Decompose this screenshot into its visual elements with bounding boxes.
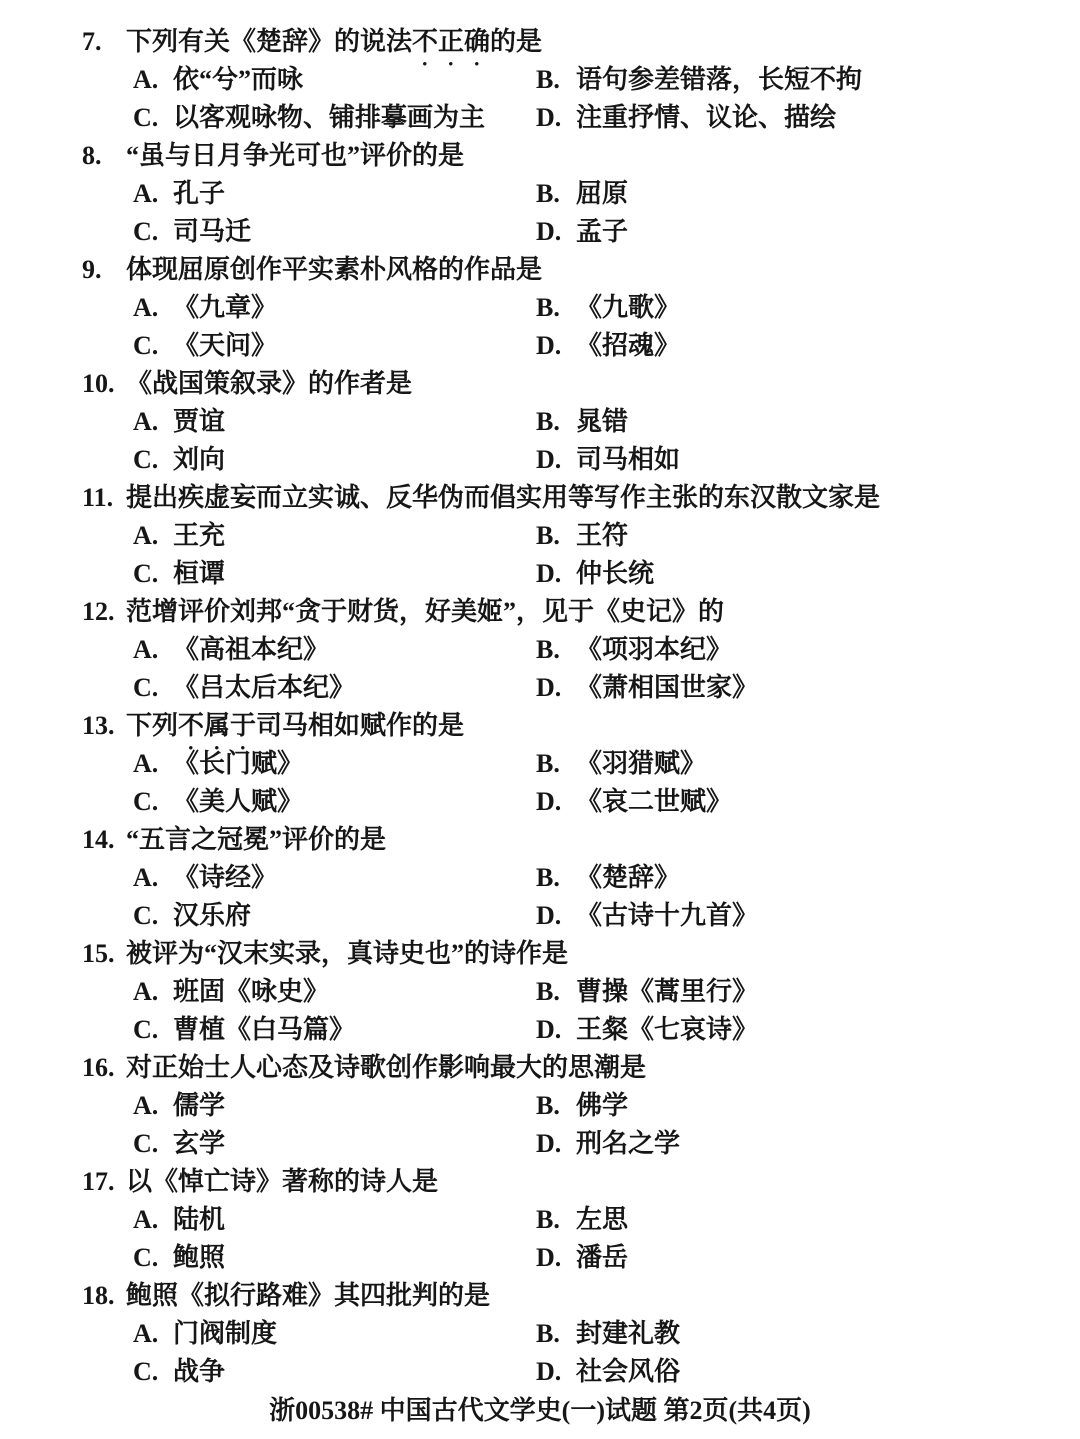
question-stem-text: 《战国策叙录》的作者是 — [126, 369, 412, 398]
option-text: 《高祖本纪》 — [173, 635, 329, 664]
question-stem: 14.“五言之冠冕”评价的是 — [0, 821, 1080, 859]
option-c: C.桓谭 — [133, 555, 536, 593]
option-a: A.依“兮”而咏 — [133, 61, 536, 99]
question-stem-text: “五言之冠冕”评价的是 — [126, 825, 386, 854]
option-text: 《长门赋》 — [173, 749, 303, 778]
stem-segment: 《战国策叙录》的作者是 — [126, 369, 412, 398]
option-label: B. — [536, 973, 576, 1011]
option-text: 《诗经》 — [173, 863, 277, 892]
option-label: A. — [133, 859, 173, 897]
question-number: 13. — [82, 707, 126, 745]
option-label: D. — [536, 1239, 576, 1277]
option-text: 曹操《蒿里行》 — [576, 977, 758, 1006]
option-b: B.左思 — [536, 1201, 1080, 1239]
option-text: 王粲《七哀诗》 — [576, 1015, 758, 1044]
option-text: 《古诗十九首》 — [576, 901, 758, 930]
option-d: D.社会风俗 — [536, 1353, 1080, 1391]
option-text: 《萧相国世家》 — [576, 673, 758, 702]
option-text: 左思 — [576, 1205, 628, 1234]
option-d: D.《萧相国世家》 — [536, 669, 1080, 707]
question-number: 7. — [82, 23, 126, 61]
option-label: C. — [133, 669, 173, 707]
option-text: 陆机 — [173, 1205, 225, 1234]
stem-segment: 对正始士人心态及诗歌创作影响最大的思潮是 — [126, 1053, 646, 1082]
option-text: 《项羽本纪》 — [576, 635, 732, 664]
option-a: A.孔子 — [133, 175, 536, 213]
option-a: A.王充 — [133, 517, 536, 555]
question: 12.范增评价刘邦“贪于财货，好美姬”，见于《史记》的 A.《高祖本纪》B.《项… — [0, 593, 1080, 707]
option-label: C. — [133, 213, 173, 251]
option-label: C. — [133, 555, 173, 593]
question: 17.以《悼亡诗》著称的诗人是 A.陆机B.左思C.鲍照D.潘岳 — [0, 1163, 1080, 1277]
option-label: A. — [133, 1315, 173, 1353]
option-a: A.《高祖本纪》 — [133, 631, 536, 669]
question-options: A.《高祖本纪》B.《项羽本纪》C.《吕太后本纪》D.《萧相国世家》 — [133, 631, 1080, 707]
question-options: A.孔子B.屈原C.司马迁D.孟子 — [133, 175, 1080, 251]
option-c: C.曹植《白马篇》 — [133, 1011, 536, 1049]
option-text: 以客观咏物、铺排摹画为主 — [173, 103, 485, 132]
question: 13.下列不属于司马相如赋作的是 A.《长门赋》B.《羽猎赋》C.《美人赋》D.… — [0, 707, 1080, 821]
option-label: A. — [133, 973, 173, 1011]
option-d: D.潘岳 — [536, 1239, 1080, 1277]
question: 8.“虽与日月争光可也”评价的是 A.孔子B.屈原C.司马迁D.孟子 — [0, 137, 1080, 251]
question-number: 16. — [82, 1049, 126, 1087]
option-d: D.《古诗十九首》 — [536, 897, 1080, 935]
option-a: A.儒学 — [133, 1087, 536, 1125]
question-stem: 7.下列有关《楚辞》的说法不正确的是 — [0, 23, 1080, 61]
question-stem: 8.“虽与日月争光可也”评价的是 — [0, 137, 1080, 175]
option-label: B. — [536, 403, 576, 441]
option-text: 《羽猎赋》 — [576, 749, 706, 778]
question: 10.《战国策叙录》的作者是 A.贾谊B.晁错C.刘向D.司马相如 — [0, 365, 1080, 479]
option-a: A.陆机 — [133, 1201, 536, 1239]
option-text: 《九章》 — [173, 293, 277, 322]
question: 7.下列有关《楚辞》的说法不正确的是 A.依“兮”而咏B.语句参差错落，长短不拘… — [0, 23, 1080, 137]
option-d: D.刑名之学 — [536, 1125, 1080, 1163]
option-text: 《楚辞》 — [576, 863, 680, 892]
option-b: B.佛学 — [536, 1087, 1080, 1125]
option-b: B.封建礼教 — [536, 1315, 1080, 1353]
question-stem: 16.对正始士人心态及诗歌创作影响最大的思潮是 — [0, 1049, 1080, 1087]
stem-segment: 司马相如赋作的是 — [256, 711, 464, 740]
option-c: C.战争 — [133, 1353, 536, 1391]
stem-segment: “虽与日月争光可也”评价的是 — [126, 141, 464, 170]
option-text: 《招魂》 — [576, 331, 680, 360]
option-text: 刘向 — [173, 445, 225, 474]
question-number: 15. — [82, 935, 126, 973]
option-a: A.门阀制度 — [133, 1315, 536, 1353]
option-a: A.《长门赋》 — [133, 745, 536, 783]
question-stem: 11.提出疾虚妄而立实诚、反华伪而倡实用等写作主张的东汉散文家是 — [0, 479, 1080, 517]
option-c: C.《吕太后本纪》 — [133, 669, 536, 707]
option-a: A.《诗经》 — [133, 859, 536, 897]
option-text: 司马相如 — [576, 445, 680, 474]
question-options: A.贾谊B.晁错C.刘向D.司马相如 — [133, 403, 1080, 479]
question-stem: 13.下列不属于司马相如赋作的是 — [0, 707, 1080, 745]
option-label: C. — [133, 327, 173, 365]
question-stem: 17.以《悼亡诗》著称的诗人是 — [0, 1163, 1080, 1201]
option-b: B.王符 — [536, 517, 1080, 555]
option-b: B.曹操《蒿里行》 — [536, 973, 1080, 1011]
question-options: A.王充B.王符C.桓谭D.仲长统 — [133, 517, 1080, 593]
option-text: 王符 — [576, 521, 628, 550]
option-c: C.《天问》 — [133, 327, 536, 365]
option-text: 战争 — [173, 1357, 225, 1386]
stem-segment: 范增评价刘邦“贪于财货，好美姬”，见于《史记》的 — [126, 597, 724, 626]
option-a: A.班固《咏史》 — [133, 973, 536, 1011]
option-text: 潘岳 — [576, 1243, 628, 1272]
option-label: B. — [536, 175, 576, 213]
option-text: 佛学 — [576, 1091, 628, 1120]
option-label: A. — [133, 1087, 173, 1125]
stem-segment: “五言之冠冕”评价的是 — [126, 825, 386, 854]
question-stem-text: 范增评价刘邦“贪于财货，好美姬”，见于《史记》的 — [126, 597, 724, 626]
question-number: 9. — [82, 251, 126, 289]
stem-segment: 下列 — [126, 711, 178, 740]
option-c: C.司马迁 — [133, 213, 536, 251]
question: 16.对正始士人心态及诗歌创作影响最大的思潮是 A.儒学B.佛学C.玄学D.刑名… — [0, 1049, 1080, 1163]
option-label: B. — [536, 289, 576, 327]
option-text: 屈原 — [576, 179, 628, 208]
question-options: A.《九章》B.《九歌》C.《天问》D.《招魂》 — [133, 289, 1080, 365]
option-c: C.以客观咏物、铺排摹画为主 — [133, 99, 536, 137]
question-options: A.儒学B.佛学C.玄学D.刑名之学 — [133, 1087, 1080, 1163]
option-text: 《九歌》 — [576, 293, 680, 322]
question-number: 8. — [82, 137, 126, 175]
exam-page: 7.下列有关《楚辞》的说法不正确的是 A.依“兮”而咏B.语句参差错落，长短不拘… — [0, 0, 1080, 1439]
option-label: D. — [536, 897, 576, 935]
option-b: B.语句参差错落，长短不拘 — [536, 61, 1080, 99]
option-text: 孔子 — [173, 179, 225, 208]
question-options: A.班固《咏史》B.曹操《蒿里行》C.曹植《白马篇》D.王粲《七哀诗》 — [133, 973, 1080, 1049]
question-stem-text: 提出疾虚妄而立实诚、反华伪而倡实用等写作主张的东汉散文家是 — [126, 483, 880, 512]
option-c: C.《美人赋》 — [133, 783, 536, 821]
option-c: C.玄学 — [133, 1125, 536, 1163]
option-c: C.鲍照 — [133, 1239, 536, 1277]
option-b: B.晁错 — [536, 403, 1080, 441]
option-label: A. — [133, 61, 173, 99]
option-text: 语句参差错落，长短不拘 — [576, 65, 862, 94]
option-text: 玄学 — [173, 1129, 225, 1158]
option-text: 曹植《白马篇》 — [173, 1015, 355, 1044]
option-text: 晁错 — [576, 407, 628, 436]
option-d: D.《招魂》 — [536, 327, 1080, 365]
option-label: A. — [133, 403, 173, 441]
option-label: D. — [536, 555, 576, 593]
option-label: D. — [536, 1011, 576, 1049]
question-stem: 15.被评为“汉末实录，真诗史也”的诗作是 — [0, 935, 1080, 973]
option-text: 社会风俗 — [576, 1357, 680, 1386]
option-text: 注重抒情、议论、描绘 — [576, 103, 836, 132]
question: 15.被评为“汉末实录，真诗史也”的诗作是 A.班固《咏史》B.曹操《蒿里行》C… — [0, 935, 1080, 1049]
option-c: C.刘向 — [133, 441, 536, 479]
option-label: C. — [133, 99, 173, 137]
option-label: B. — [536, 859, 576, 897]
question-number: 18. — [82, 1277, 126, 1315]
option-label: C. — [133, 1125, 173, 1163]
stem-segment: 以《悼亡诗》著称的诗人是 — [126, 1167, 438, 1196]
option-label: A. — [133, 745, 173, 783]
question-stem: 18.鲍照《拟行路难》其四批判的是 — [0, 1277, 1080, 1315]
option-label: D. — [536, 1125, 576, 1163]
question-stem-text: “虽与日月争光可也”评价的是 — [126, 141, 464, 170]
question-stem-text: 下列有关《楚辞》的说法不正确的是 — [126, 27, 542, 56]
question: 11.提出疾虚妄而立实诚、反华伪而倡实用等写作主张的东汉散文家是 A.王充B.王… — [0, 479, 1080, 593]
option-label: C. — [133, 1239, 173, 1277]
option-label: D. — [536, 327, 576, 365]
option-text: 司马迁 — [173, 217, 251, 246]
option-text: 儒学 — [173, 1091, 225, 1120]
option-d: D.王粲《七哀诗》 — [536, 1011, 1080, 1049]
option-label: A. — [133, 631, 173, 669]
option-a: A.贾谊 — [133, 403, 536, 441]
question-stem: 12.范增评价刘邦“贪于财货，好美姬”，见于《史记》的 — [0, 593, 1080, 631]
option-d: D.仲长统 — [536, 555, 1080, 593]
option-label: C. — [133, 897, 173, 935]
option-b: B.屈原 — [536, 175, 1080, 213]
question-options: A.依“兮”而咏B.语句参差错落，长短不拘C.以客观咏物、铺排摹画为主D.注重抒… — [133, 61, 1080, 137]
option-text: 王充 — [173, 521, 225, 550]
question-stem-text: 对正始士人心态及诗歌创作影响最大的思潮是 — [126, 1053, 646, 1082]
question: 9.体现屈原创作平实素朴风格的作品是 A.《九章》B.《九歌》C.《天问》D.《… — [0, 251, 1080, 365]
question-options: A.《长门赋》B.《羽猎赋》C.《美人赋》D.《哀二世赋》 — [133, 745, 1080, 821]
option-label: B. — [536, 1201, 576, 1239]
stem-segment: 鲍照《拟行路难》其四批判的是 — [126, 1281, 490, 1310]
question: 14.“五言之冠冕”评价的是 A.《诗经》B.《楚辞》C.汉乐府D.《古诗十九首… — [0, 821, 1080, 935]
option-label: D. — [536, 669, 576, 707]
option-text: 仲长统 — [576, 559, 654, 588]
question-stem-text: 被评为“汉末实录，真诗史也”的诗作是 — [126, 939, 568, 968]
option-text: 封建礼教 — [576, 1319, 680, 1348]
option-label: C. — [133, 1011, 173, 1049]
option-label: D. — [536, 213, 576, 251]
option-text: 门阀制度 — [173, 1319, 277, 1348]
option-b: B.《楚辞》 — [536, 859, 1080, 897]
question-number: 10. — [82, 365, 126, 403]
option-label: B. — [536, 517, 576, 555]
stem-segment: 提出疾虚妄而立实诚、反华伪而倡实用等写作主张的东汉散文家是 — [126, 483, 880, 512]
option-text: 《天问》 — [173, 331, 277, 360]
option-text: 刑名之学 — [576, 1129, 680, 1158]
stem-segment: 下列有关《楚辞》的说法 — [126, 27, 412, 56]
stem-segment: 被评为“汉末实录，真诗史也”的诗作是 — [126, 939, 568, 968]
option-label: C. — [133, 783, 173, 821]
question-options: A.陆机B.左思C.鲍照D.潘岳 — [133, 1201, 1080, 1277]
question-number: 11. — [82, 479, 126, 517]
option-label: B. — [536, 631, 576, 669]
option-label: A. — [133, 1201, 173, 1239]
option-d: D.孟子 — [536, 213, 1080, 251]
question-stem-text: 鲍照《拟行路难》其四批判的是 — [126, 1281, 490, 1310]
option-b: B.《羽猎赋》 — [536, 745, 1080, 783]
option-b: B.《九歌》 — [536, 289, 1080, 327]
option-d: D.《哀二世赋》 — [536, 783, 1080, 821]
option-label: D. — [536, 99, 576, 137]
question-number: 12. — [82, 593, 126, 631]
stem-emphasized-text: 不属于 — [178, 711, 256, 740]
option-label: B. — [536, 1087, 576, 1125]
question-number: 14. — [82, 821, 126, 859]
option-label: A. — [133, 517, 173, 555]
option-label: D. — [536, 441, 576, 479]
question-number: 17. — [82, 1163, 126, 1201]
question-list: 7.下列有关《楚辞》的说法不正确的是 A.依“兮”而咏B.语句参差错落，长短不拘… — [0, 23, 1080, 1391]
option-text: 鲍照 — [173, 1243, 225, 1272]
option-text: 《哀二世赋》 — [576, 787, 732, 816]
option-label: B. — [536, 61, 576, 99]
option-text: 依“兮”而咏 — [173, 65, 303, 94]
stem-segment: 体现屈原创作平实素朴风格的作品是 — [126, 255, 542, 284]
option-label: A. — [133, 175, 173, 213]
option-label: C. — [133, 441, 173, 479]
option-label: B. — [536, 1315, 576, 1353]
question-stem-text: 体现屈原创作平实素朴风格的作品是 — [126, 255, 542, 284]
option-text: 班固《咏史》 — [173, 977, 329, 1006]
option-a: A.《九章》 — [133, 289, 536, 327]
option-label: B. — [536, 745, 576, 783]
option-label: D. — [536, 783, 576, 821]
option-b: B.《项羽本纪》 — [536, 631, 1080, 669]
option-label: A. — [133, 289, 173, 327]
option-d: D.司马相如 — [536, 441, 1080, 479]
page-footer: 浙00538# 中国古代文学史(一)试题 第2页(共4页) — [0, 1392, 1080, 1430]
option-c: C.汉乐府 — [133, 897, 536, 935]
option-text: 《美人赋》 — [173, 787, 303, 816]
option-text: 《吕太后本纪》 — [173, 673, 355, 702]
question-stem: 9.体现屈原创作平实素朴风格的作品是 — [0, 251, 1080, 289]
question: 18.鲍照《拟行路难》其四批判的是 A.门阀制度B.封建礼教C.战争D.社会风俗 — [0, 1277, 1080, 1391]
question-options: A.《诗经》B.《楚辞》C.汉乐府D.《古诗十九首》 — [133, 859, 1080, 935]
stem-segment: 的是 — [490, 27, 542, 56]
stem-emphasized-text: 不正确 — [412, 27, 490, 56]
question-options: A.门阀制度B.封建礼教C.战争D.社会风俗 — [133, 1315, 1080, 1391]
question-stem-text: 以《悼亡诗》著称的诗人是 — [126, 1167, 438, 1196]
question-stem: 10.《战国策叙录》的作者是 — [0, 365, 1080, 403]
option-label: C. — [133, 1353, 173, 1391]
question-stem-text: 下列不属于司马相如赋作的是 — [126, 711, 464, 740]
option-label: D. — [536, 1353, 576, 1391]
option-text: 孟子 — [576, 217, 628, 246]
option-text: 贾谊 — [173, 407, 225, 436]
option-d: D.注重抒情、议论、描绘 — [536, 99, 1080, 137]
option-text: 汉乐府 — [173, 901, 251, 930]
option-text: 桓谭 — [173, 559, 225, 588]
